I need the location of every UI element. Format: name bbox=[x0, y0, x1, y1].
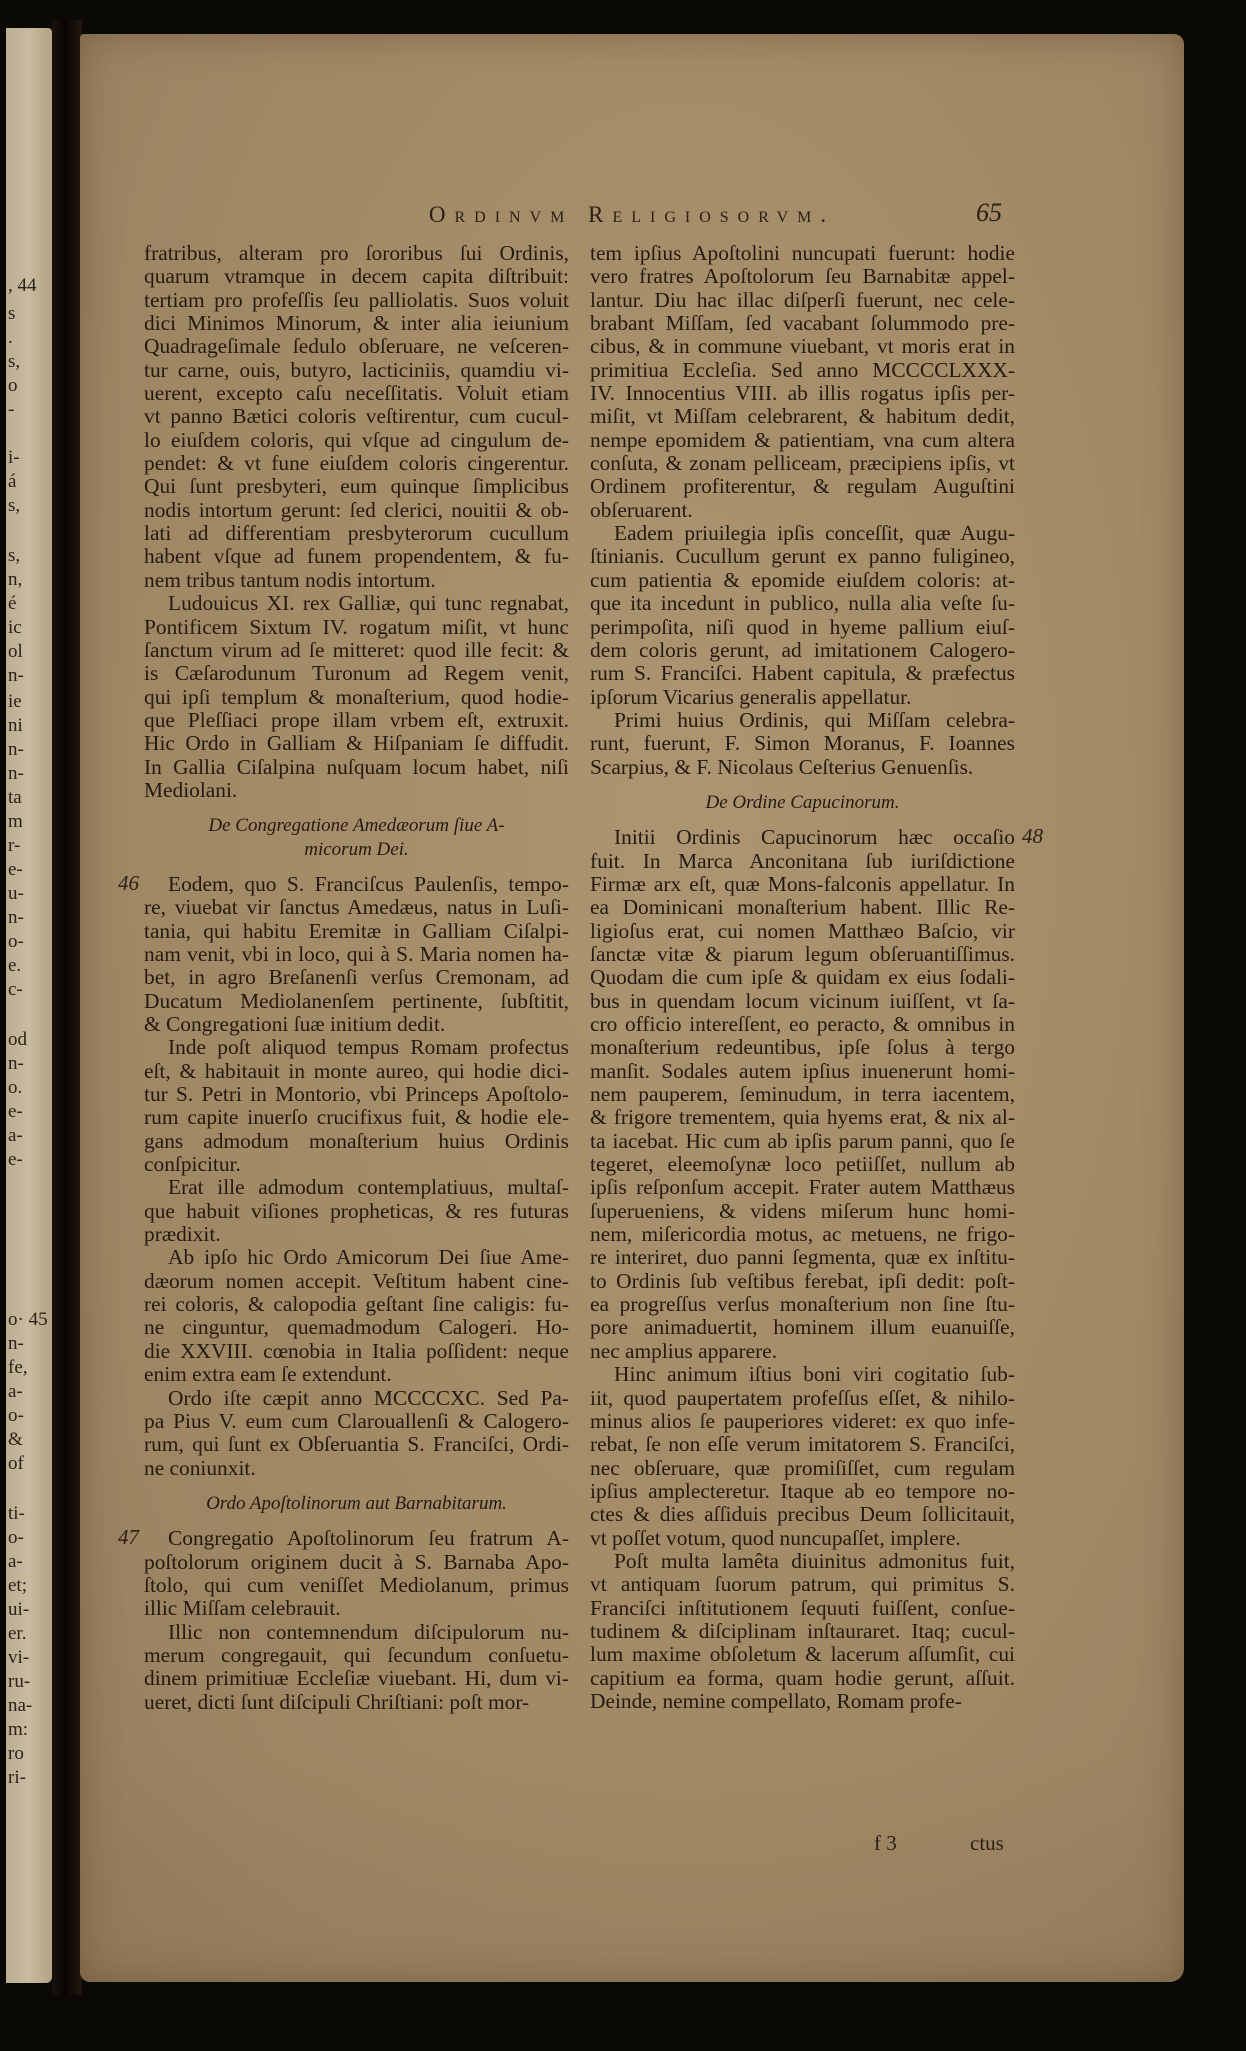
fragment-line: s, bbox=[8, 352, 20, 372]
text-line: ſanctæ vitæ & piarum legum obſeruantiſſi… bbox=[590, 943, 1015, 966]
text-line: vero fratres Apoſtolorum ſeu Barnabitæ a… bbox=[590, 265, 1015, 288]
text-line: cum patientia & epomide eiuſdem coloris:… bbox=[590, 569, 1015, 592]
fragment-line: - bbox=[8, 400, 14, 420]
fragment-line: ui- bbox=[8, 1600, 29, 1620]
text-line: lum maxime obſoletum & lacerum aſſumſit,… bbox=[590, 1643, 1015, 1666]
text-line: Ab ipſo hic Ordo Amicorum Dei ſiue Ame- bbox=[144, 1246, 569, 1269]
fragment-line: n- bbox=[8, 908, 24, 928]
running-head: Ordinvm Religiosorvm. bbox=[80, 202, 1184, 228]
text-line: poſtolorum originem ducit à S. Barnaba A… bbox=[144, 1551, 569, 1574]
fragment-line: ti- bbox=[8, 1504, 25, 1524]
text-line: pore animaduertit, hominem illum euanuiſ… bbox=[590, 1316, 1015, 1339]
fragment-line: n- bbox=[8, 740, 24, 760]
left-column: fratribus, alteram pro ſororibus ſui Ord… bbox=[144, 242, 569, 1714]
text-line: rum, qui ſunt ex Obſeruantia S. Franciſc… bbox=[144, 1433, 569, 1456]
book-gutter bbox=[52, 20, 82, 1995]
text-line: rei coloris, & calopodia geſtant ſine ca… bbox=[144, 1293, 569, 1316]
fragment-line: vi- bbox=[8, 1648, 29, 1668]
fragment-line: na- bbox=[8, 1696, 32, 1716]
page-number: 65 bbox=[976, 198, 1002, 228]
fragment-line: n- bbox=[8, 1334, 24, 1354]
spacer bbox=[144, 1480, 569, 1492]
fragment-line: ic bbox=[8, 618, 22, 638]
text-line: iit, quod paupertatem profeſſus eſſet, &… bbox=[590, 1387, 1015, 1410]
fragment-line: m bbox=[8, 812, 23, 832]
text-line: ueret, dicti ſunt diſcipuli Chriſtiani: … bbox=[144, 1691, 569, 1714]
fragment-line: r- bbox=[8, 836, 20, 856]
text-line: Primi huius Ordinis, qui Miſſam celebra- bbox=[590, 709, 1015, 732]
text-line: minus alios ſe pauperiores videret: ex q… bbox=[590, 1410, 1015, 1433]
catchword: ctus bbox=[970, 1831, 1004, 1856]
text-line: nam venit, vbi in loco, qui à S. Maria n… bbox=[144, 943, 569, 966]
fragment-line: ta bbox=[8, 788, 22, 808]
text-line: tem ipſius Apoſtolini nuncupati fuerunt:… bbox=[590, 242, 1015, 265]
text-line: nem pauperem, ſeminudum, in terra iacent… bbox=[590, 1083, 1015, 1106]
text-line: nec obſeruare, quæ promiſiſſet, cum regu… bbox=[590, 1457, 1015, 1480]
text-line: nodis intortum gerunt: ſed clerici, noui… bbox=[144, 499, 569, 522]
text-line: Pontificem Sixtum IV. rogatum miſit, vt … bbox=[144, 616, 569, 639]
text-line: dæorum nomen accepit. Veſtitum habent ci… bbox=[144, 1270, 569, 1293]
fragment-line: o- bbox=[8, 932, 24, 952]
text-line: prædixit. bbox=[144, 1223, 569, 1246]
right-column: tem ipſius Apoſtolini nuncupati fuerunt:… bbox=[590, 242, 1015, 1713]
text-line: nec amplius apparere. bbox=[590, 1340, 1015, 1363]
text-line: habent vſque ad funem propendentem, & fu… bbox=[144, 545, 569, 568]
text-line: bus in quendam locum vicinum iuiſſent, v… bbox=[590, 990, 1015, 1013]
text-line: Quodam die cum ipſe & quidam ex eius ſod… bbox=[590, 966, 1015, 989]
fragment-line: o bbox=[8, 376, 18, 396]
fragment-line: od bbox=[8, 1030, 27, 1050]
text-line: illic Miſſam celebrauit. bbox=[144, 1597, 569, 1620]
text-line: tur S. Petri in Montorio, vbi Princeps A… bbox=[144, 1083, 569, 1106]
text-line: Ordinem profiterentur, & regulam Auguſti… bbox=[590, 475, 1015, 498]
text-line: rum capite inuerſo crucifixus fuit, & ho… bbox=[144, 1106, 569, 1129]
text-line: fratribus, alteram pro ſororibus ſui Ord… bbox=[144, 242, 569, 265]
text-line: cro officio intereſſent, eo peracto, & o… bbox=[590, 1013, 1015, 1036]
spacer bbox=[144, 1515, 569, 1527]
text-line: nem, miſericordia motus, ac metuens, ne … bbox=[590, 1223, 1015, 1246]
fragment-line: , 44 bbox=[8, 276, 37, 296]
fragment-line: u- bbox=[8, 884, 24, 904]
fragment-line: e. bbox=[8, 956, 21, 976]
text-line: runt, fuerunt, F. Simon Moranus, F. Ioan… bbox=[590, 732, 1015, 755]
fragment-line: c- bbox=[8, 980, 23, 1000]
fragment-line: n, bbox=[8, 570, 22, 590]
text-line: fuit. In Marca Anconitana ſub iuriſdicti… bbox=[590, 850, 1015, 873]
text-line: tania, qui habitu Eremitæ in Galliam Ciſ… bbox=[144, 920, 569, 943]
text-line: ligioſus erat, cui nomen Matthæo Baſcio,… bbox=[590, 920, 1015, 943]
marginal-section-number: 46 bbox=[118, 871, 139, 896]
text-line: ipſorum Vicarius generalis appellatur. bbox=[590, 686, 1015, 709]
fragment-line: n- bbox=[8, 764, 24, 784]
text-line: ſanctum virum ad ſe mitteret: quod ille … bbox=[144, 639, 569, 662]
text-line: Congregatio Apoſtolinorum ſeu fratrum A- bbox=[144, 1527, 569, 1550]
fragment-line: a- bbox=[8, 1552, 23, 1572]
text-line: ctes & dies aſſiduis precibus Deum ſolli… bbox=[590, 1503, 1015, 1526]
fragment-line: s, bbox=[8, 496, 20, 516]
book-page: Ordinvm Religiosorvm. 65 fratribus, alte… bbox=[80, 34, 1184, 1982]
fragment-line: e- bbox=[8, 1150, 23, 1170]
text-line: vt poſſet votum, quod nuncupaſſet, imple… bbox=[590, 1527, 1015, 1550]
text-line: nem tribus tantum nodis intortum. bbox=[144, 569, 569, 592]
fragment-line: á bbox=[8, 472, 16, 492]
text-line: manſit. Sodales autem ipſius inuenerunt … bbox=[590, 1060, 1015, 1083]
fragment-line: er. bbox=[8, 1624, 26, 1644]
text-line: Firmæ arx eſt, quæ Mons-falconis appella… bbox=[590, 873, 1015, 896]
fragment-line: e- bbox=[8, 1102, 23, 1122]
fragment-line: s bbox=[8, 304, 15, 324]
fragment-line: . bbox=[8, 328, 13, 348]
text-line: enim extra eam ſe extendunt. bbox=[144, 1363, 569, 1386]
text-line: eſt, & habitauit in monte aureo, qui hod… bbox=[144, 1060, 569, 1083]
spacer bbox=[144, 802, 569, 814]
fragment-line: ni bbox=[8, 716, 23, 736]
spacer bbox=[144, 861, 569, 873]
text-line: Hic Ordo in Galliam & Hiſpaniam ſe diffu… bbox=[144, 732, 569, 755]
text-line: re interiret, duo panni ſegmenta, quæ ex… bbox=[590, 1246, 1015, 1269]
text-line: vt panno Bætici coloris veſtirentur, cum… bbox=[144, 405, 569, 428]
fragment-line: m: bbox=[8, 1720, 28, 1740]
text-line: ta iacebat. Hic cum ab ipſis parum panni… bbox=[590, 1130, 1015, 1153]
section-heading: Ordo Apoſtolinorum aut Barnabitarum. bbox=[144, 1492, 569, 1515]
text-line: qui ipſi templum & monaſterium, quod hod… bbox=[144, 686, 569, 709]
text-line: uerent, excepto caſu neceſſitatis. Volui… bbox=[144, 382, 569, 405]
fragment-line: fe, bbox=[8, 1358, 28, 1378]
text-line: que ita incedunt in publico, nulla alia … bbox=[590, 592, 1015, 615]
text-line: tudinem & diſciplinam inſtauraret. Itaq;… bbox=[590, 1620, 1015, 1643]
text-line: & Congregationi ſuæ initium dedit. bbox=[144, 1013, 569, 1036]
section-heading: De Congregatione Amedæorum ſiue A- bbox=[144, 814, 569, 837]
text-line: dici Minimos Minorum, & inter alia ieiun… bbox=[144, 312, 569, 335]
text-line: que Pleſſiaci prope illam vrbem eſt, ext… bbox=[144, 709, 569, 732]
fragment-line: i- bbox=[8, 448, 20, 468]
text-line: lo eiuſdem coloris, qui vſque ad cingulu… bbox=[144, 429, 569, 452]
text-line: Ducatum Mediolanenſem pertinente, ſubſti… bbox=[144, 990, 569, 1013]
text-line: primitiua Eccleſia. Sed anno MCCCCLXXX- bbox=[590, 359, 1015, 382]
text-line: brabant Miſſam, ſed vacabant ſolummodo p… bbox=[590, 312, 1015, 335]
fragment-line: ru- bbox=[8, 1672, 30, 1692]
text-line: re, viuebat vir ſanctus Amedæus, natus i… bbox=[144, 896, 569, 919]
text-line: Inde poſt aliquod tempus Romam profectus bbox=[144, 1036, 569, 1059]
fragment-line: of bbox=[8, 1454, 24, 1474]
fragment-line: a- bbox=[8, 1382, 23, 1402]
text-line: lantur. Diu hac illac diſperſi fuerunt, … bbox=[590, 289, 1015, 312]
fragment-line: o- bbox=[8, 1406, 24, 1426]
text-line: miſit, vt Miſſam celebrarent, & habitum … bbox=[590, 405, 1015, 428]
spacer bbox=[590, 814, 1015, 826]
text-line: Mediolani. bbox=[144, 779, 569, 802]
fragment-line: n- bbox=[8, 1054, 24, 1074]
text-line: ſuperueniens, & videns miſerum hunc homi… bbox=[590, 1200, 1015, 1223]
text-line: is Cæſarodunum Turonum ad Regem venit, bbox=[144, 662, 569, 685]
fragment-line: & bbox=[8, 1430, 23, 1450]
text-line: Poſt multa lamêta diuinitus admonitus fu… bbox=[590, 1550, 1015, 1573]
text-line: Illic non contemnendum diſcipulorum nu- bbox=[144, 1621, 569, 1644]
text-line: merum congregauit, qui ſecundum conſuetu… bbox=[144, 1644, 569, 1667]
text-line: Erat ille admodum contemplatiuus, multaſ… bbox=[144, 1176, 569, 1199]
text-line: gans admodum monaſterium huius Ordinis bbox=[144, 1130, 569, 1153]
fragment-line: o. bbox=[8, 1078, 22, 1098]
text-line: tegeret, eleemoſynæ loco petiiſſet, null… bbox=[590, 1153, 1015, 1176]
text-line: obſeruarent. bbox=[590, 499, 1015, 522]
marginal-section-number: 48 bbox=[1022, 824, 1043, 849]
text-line: ipſius amplecteretur. Itaque ab eo tempo… bbox=[590, 1480, 1015, 1503]
fragment-line: n- bbox=[8, 666, 24, 686]
text-line: ſtolo, qui cum veniſſet Mediolanum, prim… bbox=[144, 1574, 569, 1597]
marginal-section-number: 47 bbox=[118, 1525, 139, 1550]
text-line: conſpicitur. bbox=[144, 1153, 569, 1176]
text-line: nempe epomidem & patientiam, vna cum alt… bbox=[590, 429, 1015, 452]
text-line: to Ordinis ſub veſtibus ferebat, ipſi de… bbox=[590, 1270, 1015, 1293]
fragment-line: ri- bbox=[8, 1768, 26, 1788]
text-line: Ordo iſte cæpit anno MCCCCXC. Sed Pa- bbox=[144, 1387, 569, 1410]
fragment-line: et; bbox=[8, 1576, 27, 1596]
signature-mark: f 3 bbox=[874, 1831, 897, 1856]
fragment-line: ro bbox=[8, 1744, 24, 1764]
text-line: tur carne, ouis, butyro, lacticiniis, qu… bbox=[144, 359, 569, 382]
text-line: Ludouicus XI. rex Galliæ, qui tunc regna… bbox=[144, 592, 569, 615]
section-heading: De Ordine Capucinorum. bbox=[590, 791, 1015, 814]
adjacent-page-fragment: , 44s.s,o-i-ás,s,n,éicoln-ienin-n-tamr-e… bbox=[6, 28, 52, 1983]
text-line: Initii Ordinis Capucinorum hæc occaſio bbox=[590, 826, 1015, 849]
section-heading: micorum Dei. bbox=[144, 838, 569, 861]
text-line: ne cinguntur, quemadmodum Calogeri. Ho- bbox=[144, 1316, 569, 1339]
text-line: Eodem, quo S. Franciſcus Paulenſis, temp… bbox=[144, 873, 569, 896]
text-line: ipſis reſponſum accepit. Frater autem Ma… bbox=[590, 1176, 1015, 1199]
text-line: rebat, ſe non eſſe verum imitatorem S. F… bbox=[590, 1433, 1015, 1456]
text-line: In Gallia Ciſalpina nuſquam locum habet,… bbox=[144, 756, 569, 779]
text-line: pa Pius V. eum cum Clarouallenſi & Calog… bbox=[144, 1410, 569, 1433]
text-line: dem coloris gerunt, ad imitationem Calog… bbox=[590, 639, 1015, 662]
text-line: capitium ea forma, quam hodie gerunt, aſ… bbox=[590, 1667, 1015, 1690]
spacer bbox=[590, 779, 1015, 791]
text-line: perimpoſita, niſi quod in hyeme pallium … bbox=[590, 616, 1015, 639]
text-line: bet, in agro Breſanenſi verſus Cremonam,… bbox=[144, 966, 569, 989]
fragment-line: é bbox=[8, 594, 16, 614]
text-line: Qui ſunt presbyteri, eum quinque ſimplic… bbox=[144, 475, 569, 498]
text-line: que habuit viſiones propheticas, & res f… bbox=[144, 1200, 569, 1223]
fragment-line: a- bbox=[8, 1126, 23, 1146]
text-line: monaſterium redeuntibus, ipſe ſolus à te… bbox=[590, 1036, 1015, 1059]
text-line: Eadem priuilegia ipſis conceſſit, quæ Au… bbox=[590, 522, 1015, 545]
text-line: ea Dominicani monaſterium habent. Illic … bbox=[590, 896, 1015, 919]
fragment-line: e- bbox=[8, 860, 23, 880]
text-line: rum S. Franciſci. Habent capitula, & præ… bbox=[590, 662, 1015, 685]
text-line: cibus, & in commune viuebant, vt moris e… bbox=[590, 335, 1015, 358]
text-line: Hinc animum iſtius boni viri cogitatio ſ… bbox=[590, 1363, 1015, 1386]
text-line: quarum vtramque in decem capita diſtribu… bbox=[144, 265, 569, 288]
text-line: ea progreſſus verſus monaſterium non ſin… bbox=[590, 1293, 1015, 1316]
text-line: Scarpius, & F. Nicolaus Ceſterius Genuen… bbox=[590, 756, 1015, 779]
text-line: tertiam pro profeſſis ſeu palliolatis. S… bbox=[144, 289, 569, 312]
fragment-line: s, bbox=[8, 546, 20, 566]
text-line: lati ad differentiam presbyterorum cucul… bbox=[144, 522, 569, 545]
text-line: Deinde, nemine compellato, Romam profe- bbox=[590, 1690, 1015, 1713]
fragment-line: ie bbox=[8, 692, 22, 712]
text-line: conſuta, & zonam pelliceam, præcipiens i… bbox=[590, 452, 1015, 475]
text-line: ſtinianis. Cucullum gerunt ex panno fuli… bbox=[590, 545, 1015, 568]
text-line: die XXVIII. cœnobia in Italia poſſident:… bbox=[144, 1340, 569, 1363]
text-line: IV. Innocentius VIII. ab illis rogatus i… bbox=[590, 382, 1015, 405]
text-line: Franciſci inſtitutionem ſequuti fuiſſent… bbox=[590, 1597, 1015, 1620]
fragment-line: o· 45 bbox=[8, 1310, 48, 1330]
text-line: ne coniunxit. bbox=[144, 1457, 569, 1480]
text-line: Quadrageſimale ſedulo obſeruare, ne veſc… bbox=[144, 335, 569, 358]
text-line: & frigore trementem, quia hyems erat, & … bbox=[590, 1106, 1015, 1129]
fragment-line: o- bbox=[8, 1528, 24, 1548]
text-line: vt antiquam ſuorum patrum, qui primitus … bbox=[590, 1573, 1015, 1596]
text-line: pendet: & vt fune eiuſdem coloris cinger… bbox=[144, 452, 569, 475]
text-line: dinem primitiuæ Eccleſiæ viuebant. Hi, d… bbox=[144, 1667, 569, 1690]
fragment-line: ol bbox=[8, 642, 23, 662]
